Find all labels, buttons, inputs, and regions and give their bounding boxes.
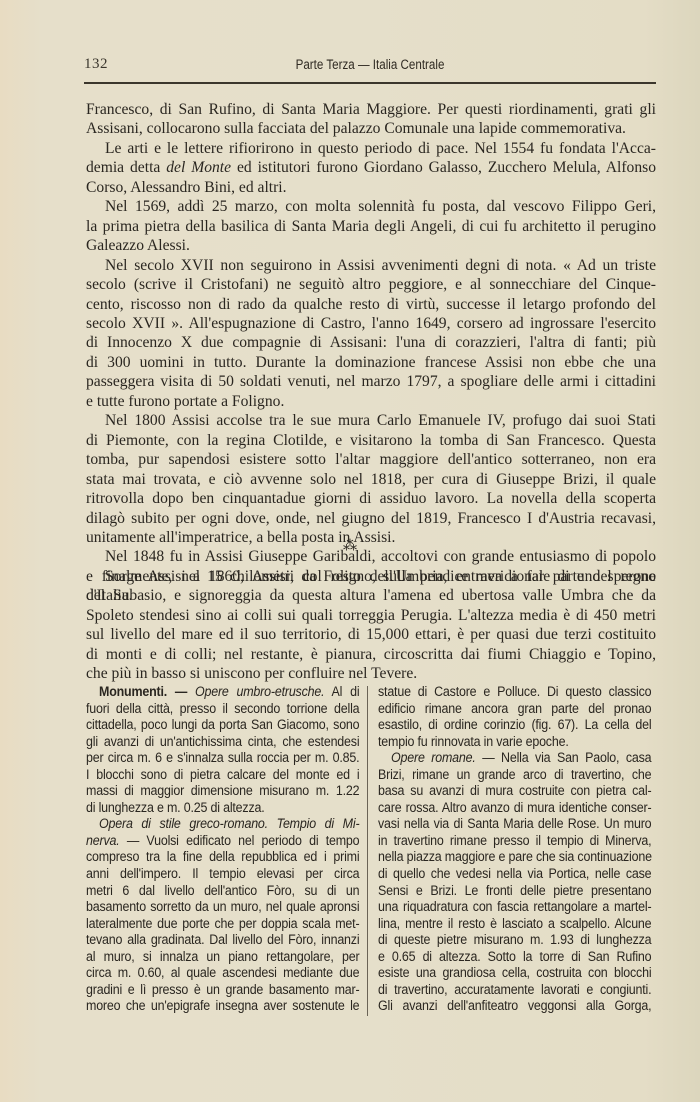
text-line: Nel 1800 Assisi accolse tra le sue mura …: [86, 411, 656, 430]
paragraph: Le arti e le lettere rifiorirono in ques…: [86, 139, 656, 197]
column-line: massi di maggior dimensione misurano m. …: [86, 783, 359, 800]
text-line: e tutte furono portate a Foligno.: [86, 392, 656, 411]
text-line: la prima pietra della basilica di Santa …: [86, 217, 656, 236]
text-line: di Piemonte, con la regina Clotilde, e v…: [86, 431, 656, 450]
column-line: lina, mentre il resto è lasciato a scalp…: [378, 916, 651, 933]
right-column: statue di Castore e Polluce. Di questo c…: [378, 684, 651, 1015]
text-line: Francesco, di San Rufino, di Santa Maria…: [86, 100, 656, 119]
column-line: Brizi, rimane un grande arco di traverti…: [378, 767, 651, 784]
column-line: gli avanzi di un'antichissima cinta, che…: [86, 734, 359, 751]
column-line: I blocchi sono di pietra calcare del mon…: [86, 767, 359, 784]
column-line: anni dell'impero. Il tempio elevasi per …: [86, 866, 359, 883]
text-line: stata mai trovata, e ciò avvenne solo ne…: [86, 470, 656, 489]
text-line: di 300 uomini in tutto. Durante la domin…: [86, 353, 656, 372]
column-line: per circa m. 6 e s'innalza sulla roccia …: [86, 750, 359, 767]
column-line: basa su avanzi di mura costruite con pie…: [378, 783, 651, 800]
text-line: passeggera visita di 50 soldati venuti, …: [86, 372, 656, 391]
left-column: Monumenti. — Opere umbro-etrusche. Al di…: [86, 684, 359, 1015]
section-text-block: Sorge Assisi a 15 chilometri da Foligno,…: [86, 567, 656, 684]
column-line: una riquadratura con fascia rettangolare…: [378, 899, 651, 916]
subheading-italic: Opere umbro-etrusche.: [195, 684, 324, 699]
column-line: Opere romane. — Nella via San Paolo, cas…: [378, 750, 651, 767]
column-line: lateralmente due porte che per doppia sc…: [86, 916, 359, 933]
asterism-glyph: ⁂: [343, 542, 357, 552]
column-line: tempio fu rinnovata in varie epoche.: [378, 734, 651, 751]
text-line: Assisani, collocarono sulla facciata del…: [86, 119, 656, 138]
paragraph: Sorge Assisi a 15 chilometri da Foligno,…: [86, 567, 656, 684]
column-line: fuori della città, presso il secondo tor…: [86, 701, 359, 718]
asterism-section-break: ⁂: [0, 542, 700, 552]
column-line: esiste una grandiosa cella, costruita co…: [378, 965, 651, 982]
column-line: basamento sorretto da un muro, nel quale…: [86, 899, 359, 916]
column-line: nerva. — Vuolsi edificato nel periodo di…: [86, 833, 359, 850]
column-line: care rossa. Altro avanzo di mura identic…: [378, 800, 651, 817]
column-line: compreso tra la fine della repubblica ed…: [86, 849, 359, 866]
column-line: di lunghezza e m. 0.25 di altezza.: [86, 800, 359, 817]
column-line: moreo che un'epigrafe insegna aver soste…: [86, 998, 359, 1015]
column-line: tevano alla gradinata. Dal livello del F…: [86, 932, 359, 949]
column-line: al muro, si innalza un piano rettangolar…: [86, 949, 359, 966]
column-line: di travertino, accuratamente lavorati e …: [378, 982, 651, 999]
text-line: dilagò subito per ogni dove, onde, nel g…: [86, 509, 656, 528]
column-line: cittadella, poco lungi da porta San Giac…: [86, 717, 359, 734]
paragraph: Nel 1800 Assisi accolse tra le sue mura …: [86, 411, 656, 547]
paragraph: Nel 1569, addì 25 marzo, con molta solen…: [86, 197, 656, 255]
paragraph: Nel secolo XVII non seguirono in Assisi …: [86, 256, 656, 412]
section-heading: Monumenti. —: [99, 684, 195, 699]
page-header: 132 Parte Terza — Italia Centrale: [84, 56, 656, 80]
running-title: Parte Terza — Italia Centrale: [124, 57, 616, 72]
column-line: Opera di stile greco-romano. Tempio di M…: [86, 816, 359, 833]
column-line: in travertino rimane presso il tempio di…: [378, 833, 651, 850]
column-line: edificio rimane ancora gran parte del pr…: [378, 701, 651, 718]
text-line: secolo XVII ». All'espugnazione di Castr…: [86, 314, 656, 333]
page-number: 132: [84, 56, 108, 73]
italic-phrase: del Monte: [166, 159, 231, 176]
text-line: Sorge Assisi a 15 chilometri da Foligno,…: [86, 567, 656, 586]
column-line: vasi nella via di Santa Maria delle Rose…: [378, 816, 651, 833]
column-line: gradini e lì presso è un grande basament…: [86, 982, 359, 999]
text-line: Le arti e le lettere rifiorirono in ques…: [86, 139, 656, 158]
header-rule: [84, 82, 656, 84]
text-line: sul livello del mare ed il suo territori…: [86, 625, 656, 644]
column-divider: [367, 686, 368, 1016]
paragraph: Francesco, di San Rufino, di Santa Maria…: [86, 100, 656, 139]
column-line: Sensi e Brizi. Le fronti delle pietre pr…: [378, 883, 651, 900]
column-line: metri 6 dal livello dell'antico Fòro, su…: [86, 883, 359, 900]
column-line: di queste pietre misurano m. 1.93 di lun…: [378, 932, 651, 949]
text-line: Spoleto stendesi sino ai colli sui quali…: [86, 606, 656, 625]
text-line: Galeazzo Alessi.: [86, 236, 656, 255]
column-line: Monumenti. — Opere umbro-etrusche. Al di: [86, 684, 359, 701]
column-line: esastilo, di ordine corinzio (fig. 67). …: [378, 717, 651, 734]
text-line: Nel 1569, addì 25 marzo, con molta solen…: [86, 197, 656, 216]
text-line: di monti e di colli; nel restante, è pia…: [86, 645, 656, 664]
text-line: secolo (scrive il Cristofani) ne seguitò…: [86, 275, 656, 294]
subheading-italic: Opere romane.: [391, 750, 476, 765]
subheading-italic: Opera di stile greco-romano. Tempio di M…: [99, 816, 359, 831]
text-line: tomba, pur sapendosi esistere sotto l'al…: [86, 450, 656, 469]
text-line: Corso, Alessandro Bini, ed altri.: [86, 178, 656, 197]
two-column-section: Monumenti. — Opere umbro-etrusche. Al di…: [86, 684, 656, 1004]
column-line: e 0.65 di altezza. Sotto la torre di San…: [378, 949, 651, 966]
column-line: Gli avanzi dell'anfiteatro veggonsi alla…: [378, 998, 651, 1015]
text-line: di Innocenzo X due compagnie di Assisani…: [86, 333, 656, 352]
text-line: Nel secolo XVII non seguirono in Assisi …: [86, 256, 656, 275]
text-line: che più in basso si uniscono per conflui…: [86, 664, 656, 683]
main-text-block: Francesco, di San Rufino, di Santa Maria…: [86, 100, 656, 606]
text-line: ritrovolla dopo ben cinquantadue giorni …: [86, 489, 656, 508]
column-line: di quello che vedesi nella via Portica, …: [378, 866, 651, 883]
text-line: cento, riscosso non di rado da qualche r…: [86, 295, 656, 314]
column-line: nella piazza maggiore e pare che sia con…: [378, 849, 651, 866]
subheading-italic: nerva.: [86, 833, 120, 848]
column-line: circa m. 0.60, al quale ascendesi median…: [86, 965, 359, 982]
text-line: demia detta del Monte ed istitutori furo…: [86, 158, 656, 177]
column-line: statue di Castore e Polluce. Di questo c…: [378, 684, 651, 701]
text-line: del Subasio, e signoreggia da questa alt…: [86, 586, 656, 605]
book-page: 132 Parte Terza — Italia Centrale France…: [0, 0, 700, 1102]
